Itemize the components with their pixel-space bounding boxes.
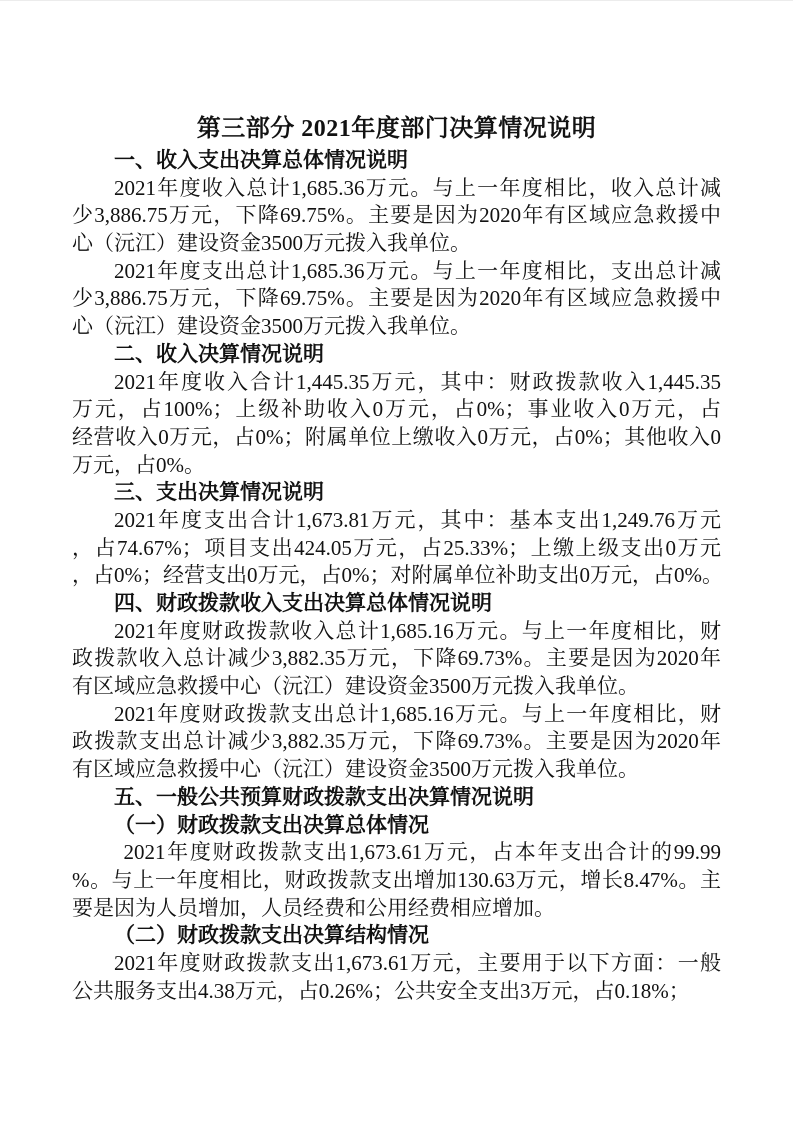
paragraph-line: 2021年度支出总计1,685.36万元。与上一年度相比，支出总计减	[72, 258, 721, 286]
paragraph-line: 心（沅江）建设资金3500万元拨入我单位。	[72, 230, 721, 258]
paragraph-line: 2021年度财政拨款收入总计1,685.16万元。与上一年度相比，财	[72, 618, 721, 646]
document-body: 一、收入支出决算总体情况说明2021年度收入总计1,685.36万元。与上一年度…	[72, 147, 721, 1005]
paragraph-line: 2021年度财政拨款支出总计1,685.16万元。与上一年度相比，财	[72, 701, 721, 729]
paragraph-line: 万元，占100%；上级补助收入0万元，占0%；事业收入0万元，占0%；	[72, 396, 721, 424]
paragraph-line: 少3,886.75万元，下降69.75%。主要是因为2020年有区域应急救援中	[72, 202, 721, 230]
section-heading: 四、财政拨款收入支出决算总体情况说明	[72, 590, 721, 618]
document-page: 第三部分 2021年度部门决算情况说明 一、收入支出决算总体情况说明2021年度…	[0, 0, 793, 1122]
paragraph-line: 2021年度收入总计1,685.36万元。与上一年度相比，收入总计减	[72, 175, 721, 203]
subsection-heading: （一）财政拨款支出决算总体情况	[72, 812, 721, 840]
paragraph-line: 2021年度财政拨款支出1,673.61万元，占本年支出合计的99.99	[72, 839, 721, 867]
paragraph-line: 2021年度收入合计1,445.35万元，其中：财政拨款收入1,445.35	[72, 369, 721, 397]
paragraph-line: 公共服务支出4.38万元，占0.26%；公共安全支出3万元，占0.18%；	[72, 978, 721, 1006]
paragraph-line: 经营收入0万元，占0%；附属单位上缴收入0万元，占0%；其他收入0	[72, 424, 721, 452]
paragraph-line: %。与上一年度相比，财政拨款支出增加130.63万元，增长8.47%。主	[72, 867, 721, 895]
paragraph-line: 2021年度支出合计1,673.81万元，其中：基本支出1,249.76万元	[72, 507, 721, 535]
section-heading: 一、收入支出决算总体情况说明	[72, 147, 721, 175]
paragraph-line: 政拨款收入总计减少3,882.35万元，下降69.73%。主要是因为2020年	[72, 645, 721, 673]
paragraph-line: 有区域应急救援中心（沅江）建设资金3500万元拨入我单位。	[72, 756, 721, 784]
document-title: 第三部分 2021年度部门决算情况说明	[72, 114, 721, 144]
paragraph-line: 万元，占0%。	[72, 452, 721, 480]
paragraph-line: 少3,886.75万元，下降69.75%。主要是因为2020年有区域应急救援中	[72, 285, 721, 313]
paragraph-line: 有区域应急救援中心（沅江）建设资金3500万元拨入我单位。	[72, 673, 721, 701]
paragraph-line: ，占0%；经营支出0万元，占0%；对附属单位补助支出0万元，占0%。	[72, 562, 721, 590]
paragraph-line: 要是因为人员增加，人员经费和公用经费相应增加。	[72, 895, 721, 923]
subsection-heading: （二）财政拨款支出决算结构情况	[72, 922, 721, 950]
section-heading: 二、收入决算情况说明	[72, 341, 721, 369]
section-heading: 五、一般公共预算财政拨款支出决算情况说明	[72, 784, 721, 812]
paragraph-line: ，占74.67%；项目支出424.05万元，占25.33%；上缴上级支出0万元	[72, 535, 721, 563]
paragraph-line: 2021年度财政拨款支出1,673.61万元，主要用于以下方面：一般	[72, 950, 721, 978]
paragraph-line: 政拨款支出总计减少3,882.35万元，下降69.73%。主要是因为2020年	[72, 728, 721, 756]
paragraph-line: 心（沅江）建设资金3500万元拨入我单位。	[72, 313, 721, 341]
section-heading: 三、支出决算情况说明	[72, 479, 721, 507]
